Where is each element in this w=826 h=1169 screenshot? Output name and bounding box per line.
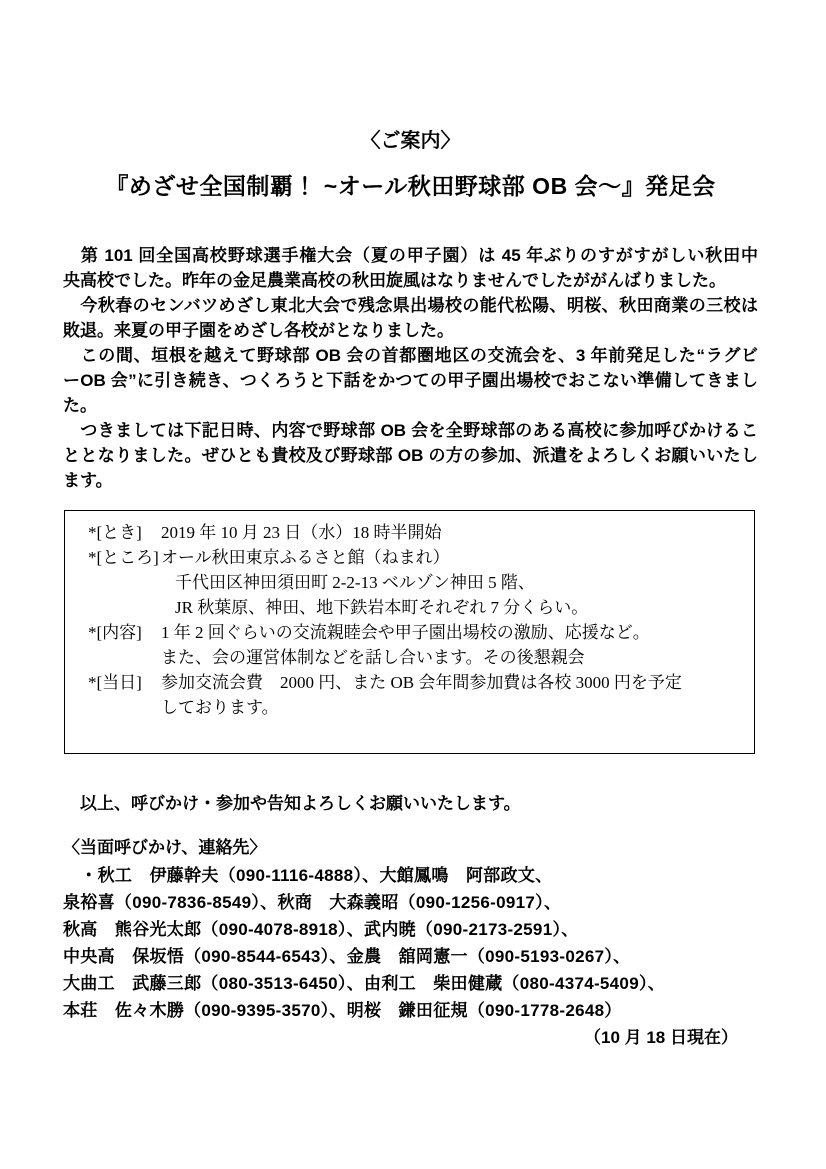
paragraph-line: 第 101 回全国高校野球選手権大会（夏の甲子園）は 45 年ぶりのすがすがしい… bbox=[63, 243, 758, 268]
info-row-place: *[ところ] オール秋田東京ふるさと館（ねまれ） bbox=[65, 545, 746, 570]
info-row-value: 参加交流会費 2000 円、また OB 会年間参加費は各校 3000 円を予定 bbox=[161, 670, 746, 695]
info-row-fee: *[当日] 参加交流会費 2000 円、また OB 会年間参加費は各校 3000… bbox=[65, 670, 746, 695]
info-row-value: 1 年 2 回ぐらいの交流親睦会や甲子園出場校の激励、応援など。 bbox=[161, 620, 746, 645]
contacts-section: 〈当面呼びかけ、連絡先〉 ・秋工 伊藤幹夫（090-1116-4888）、大館鳳… bbox=[63, 834, 758, 1051]
info-row-value: 2019 年 10 月 23 日（水）18 時半開始 bbox=[161, 520, 746, 545]
paragraph-line: この間、垣根を越えて野球部 OB 会の首都圏地区の交流会を、3 年前発足した“ラ… bbox=[63, 343, 758, 368]
notice-label: 〈ご案内〉 bbox=[63, 128, 758, 154]
info-row-label bbox=[65, 570, 161, 595]
info-row-label: *[ところ] bbox=[65, 545, 161, 570]
document-title: 『めざせ全国制覇！ ~オール秋田野球部 OB 会～』発足会 bbox=[63, 170, 758, 202]
info-row-address: 千代田区神田須田町 2-2-13 ベルゾン神田 5 階、 bbox=[65, 570, 746, 595]
info-row-label bbox=[65, 645, 161, 670]
contact-line: 中央高 保坂悟（090-8544-6543）、金農 舘岡憲一（090-5193-… bbox=[63, 943, 758, 970]
contact-line: 本荘 佐々木勝（090-9395-3570）、明桜 鎌田征規（090-1778-… bbox=[63, 997, 758, 1024]
info-row-content: *[内容] 1 年 2 回ぐらいの交流親睦会や甲子園出場校の激励、応援など。 bbox=[65, 620, 746, 645]
contact-line: 秋高 熊谷光太郎（090-4078-8918）、武内暁（090-2173-259… bbox=[63, 916, 758, 943]
info-row-label: *[とき] bbox=[65, 520, 161, 545]
info-row-value: また、会の運営体制などを話し合います。その後懇親会 bbox=[161, 645, 746, 670]
info-row-label: *[当日] bbox=[65, 670, 161, 695]
document-page: 〈ご案内〉 『めざせ全国制覇！ ~オール秋田野球部 OB 会～』発足会 第 10… bbox=[0, 0, 826, 1169]
info-row-fee-cont: しております。 bbox=[65, 695, 746, 720]
info-row-value: しております。 bbox=[161, 695, 746, 720]
info-row-label bbox=[65, 695, 161, 720]
info-row-value: JR 秋葉原、神田、地下鉄岩本町それぞれ 7 分くらい。 bbox=[161, 595, 746, 620]
info-box: *[とき] 2019 年 10 月 23 日（水）18 時半開始 *[ところ] … bbox=[64, 510, 755, 754]
contact-line: ・秋工 伊藤幹夫（090-1116-4888）、大館鳳鳴 阿部政文、 bbox=[63, 862, 758, 889]
paragraph-line: ます。 bbox=[63, 468, 758, 493]
as-of-date: （10 月 18 日現在） bbox=[63, 1024, 758, 1051]
info-row-value: オール秋田東京ふるさと館（ねまれ） bbox=[161, 545, 746, 570]
body-text: 第 101 回全国高校野球選手権大会（夏の甲子園）は 45 年ぶりのすがすがしい… bbox=[63, 243, 758, 493]
closing-line: 以上、呼びかけ・参加や告知よろしくお願いいたします。 bbox=[63, 790, 758, 818]
contact-line: 大曲工 武藤三郎（080-3513-6450）、由利工 柴田健蔵（080-437… bbox=[63, 970, 758, 997]
info-row-content-cont: また、会の運営体制などを話し合います。その後懇親会 bbox=[65, 645, 746, 670]
paragraph-line: 今秋春のセンバツめざし東北大会で残念県出場校の能代松陽、明桜、秋田商業の三校は bbox=[63, 293, 758, 318]
paragraph-line: 央高校でした。昨年の金足農業高校の秋田旋風はなりませんでしたががんばりました。 bbox=[63, 268, 758, 293]
info-row-time: *[とき] 2019 年 10 月 23 日（水）18 時半開始 bbox=[65, 520, 746, 545]
paragraph-line: た。 bbox=[63, 393, 758, 418]
info-row-label: *[内容] bbox=[65, 620, 161, 645]
paragraph-line: 敗退。来夏の甲子園をめざし各校がとなりました。 bbox=[63, 318, 758, 343]
info-row-label bbox=[65, 595, 161, 620]
contacts-heading: 〈当面呼びかけ、連絡先〉 bbox=[63, 834, 758, 862]
paragraph-line: ととなりました。ぜひとも貴校及び野球部 OB の方の参加、派遣をよろしくお願いい… bbox=[63, 443, 758, 468]
info-row-value: 千代田区神田須田町 2-2-13 ベルゾン神田 5 階、 bbox=[161, 570, 746, 595]
paragraph-line: ーOB 会”に引き続き、つくろうと下話をかつての甲子園出場校でおこない準備してき… bbox=[63, 368, 758, 393]
contact-line: 泉裕喜（090-7836-8549）、秋商 大森義昭（090-1256-0917… bbox=[63, 889, 758, 916]
info-row-access: JR 秋葉原、神田、地下鉄岩本町それぞれ 7 分くらい。 bbox=[65, 595, 746, 620]
paragraph-line: つきましては下記日時、内容で野球部 OB 会を全野球部のある高校に参加呼びかける… bbox=[63, 418, 758, 443]
